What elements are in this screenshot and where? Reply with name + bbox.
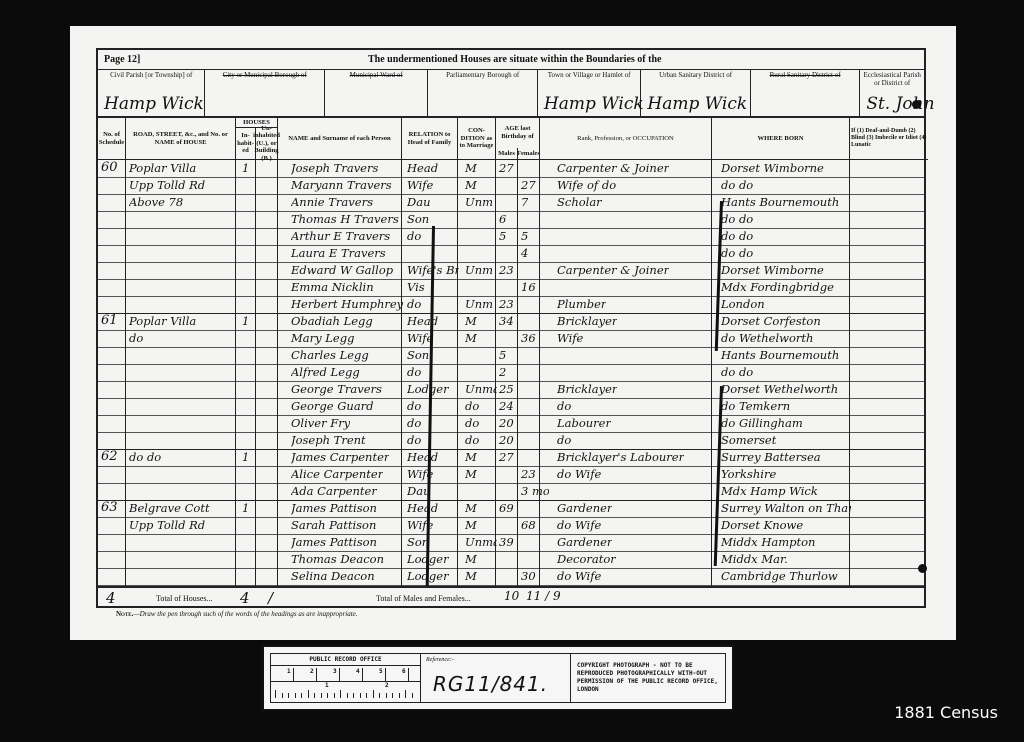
cell-born: do do	[721, 177, 753, 193]
cell-relation: do	[407, 432, 421, 448]
cell-occupation: Labourer	[557, 415, 611, 431]
boundary-label: Municipal Ward of	[328, 72, 425, 80]
cell-born: Dorset Wimborne	[721, 262, 824, 278]
header-uninhabited: Un-inhabited (U.), or Building (B.)	[256, 128, 278, 160]
boundary-label: Civil Parish [or Township] of	[101, 72, 201, 80]
inhabited-total: 4	[240, 589, 250, 607]
cell-occupation: do Wife	[557, 466, 601, 482]
cell-name: James Pattison	[291, 534, 377, 550]
census-form: Page 12] The undermentioned Houses are s…	[96, 48, 926, 608]
ruler-tick	[360, 693, 361, 698]
boundary-2: Municipal Ward of	[325, 70, 429, 116]
uninhabited-total: /	[268, 589, 273, 607]
cell-born: do Gillingham	[721, 415, 803, 431]
cell-born: do Temkern	[721, 398, 790, 414]
cell-born: Dorset Knowe	[721, 517, 803, 533]
ruler-tick	[321, 693, 322, 698]
cell-born: do do	[721, 245, 753, 261]
cell-relation: do	[407, 398, 421, 414]
females-total: 11 / 9	[526, 589, 561, 603]
scale-number: 6	[402, 668, 409, 682]
cell-male-age: 20	[499, 432, 514, 448]
cell-condition: do	[465, 398, 479, 414]
cell-male-age: 20	[499, 415, 514, 431]
scale-number: 4	[356, 668, 363, 682]
cell-relation: do	[407, 415, 421, 431]
ruler-tick	[405, 690, 406, 698]
cell-relation: Son	[407, 347, 429, 363]
cell-female-age: 27	[521, 177, 536, 193]
reference-box: Reference:- RG11/841.	[421, 654, 571, 702]
cell-condition: M	[465, 160, 477, 176]
cell-road: Belgrave Cott	[129, 500, 210, 516]
scale-number: 3	[333, 668, 340, 682]
boundary-0: Civil Parish [or Township] ofHamp Wick	[98, 70, 205, 116]
page-number: Page 12]	[104, 54, 140, 65]
cell-condition: do	[465, 415, 479, 431]
cell-relation: Lodger	[407, 381, 449, 397]
cell-male-age: 25	[499, 381, 514, 397]
scale-bar: 123456	[271, 666, 420, 682]
census-page: Page 12] The undermentioned Houses are s…	[70, 26, 956, 640]
cell-male-age: 24	[499, 398, 514, 414]
cell-name: Charles Legg	[291, 347, 369, 363]
cell-born: do do	[721, 364, 753, 380]
cell-born: Dorset Wimborne	[721, 160, 824, 176]
cell-occupation: Carpenter & Joiner	[557, 160, 669, 176]
reference-label: Reference:-	[426, 657, 454, 663]
cell-occupation: Bricklayer	[557, 313, 617, 329]
cell-female-age: 7	[521, 194, 528, 210]
cell-female-age: 36	[521, 330, 536, 346]
ruler-tick	[373, 690, 374, 698]
cell-born: Hants Bournemouth	[721, 194, 839, 210]
boundary-label: Town or Village or Hamlet of	[541, 72, 638, 80]
ruler-number: 1	[325, 682, 329, 689]
cell-name: James Pattison	[291, 500, 377, 516]
cell-name: Thomas Deacon	[291, 551, 384, 567]
header-age: AGE last Birthday of	[496, 118, 540, 148]
cell-name: Ada Carpenter	[291, 483, 377, 499]
cell-occupation: Decorator	[557, 551, 616, 567]
cell-male-age: 69	[499, 500, 514, 516]
cell-inhabited: 1	[242, 313, 249, 329]
record-office-box: PUBLIC RECORD OFFICE 123456 12	[271, 654, 421, 702]
ruler-tick	[347, 693, 348, 698]
archive-reference-tab: PUBLIC RECORD OFFICE 123456 12 Reference…	[262, 645, 734, 711]
cell-born: Somerset	[721, 432, 776, 448]
ruler-tick	[340, 690, 341, 698]
binding-hole	[918, 564, 927, 573]
cell-name: Sarah Pattison	[291, 517, 376, 533]
ruler-tick	[295, 693, 296, 698]
cell-occupation: do	[557, 398, 571, 414]
cell-name: Edward W Gallop	[291, 262, 393, 278]
boundary-value: St. John	[866, 94, 934, 114]
cell-road: Poplar Villa	[129, 160, 196, 176]
cell-born: Yorkshire	[721, 466, 776, 482]
cell-relation: Head	[407, 449, 438, 465]
cell-occupation: Carpenter & Joiner	[557, 262, 669, 278]
ruler-number: 2	[385, 682, 389, 689]
cell-relation: Wife	[407, 517, 433, 533]
cell-road: Upp Tolld Rd	[129, 177, 205, 193]
cell-female-age: 68	[521, 517, 536, 533]
ruler-tick	[314, 693, 315, 698]
boundary-value: Hamp Wick	[647, 94, 747, 114]
cell-name: Alfred Legg	[291, 364, 360, 380]
cell-relation: do	[407, 364, 421, 380]
cell-occupation: do	[557, 432, 571, 448]
cell-occupation: Scholar	[557, 194, 602, 210]
ruler-tick	[392, 693, 393, 698]
cell-road: Upp Tolld Rd	[129, 517, 205, 533]
cell-female-age: 4	[521, 245, 528, 261]
cell-occupation: do Wife	[557, 517, 601, 533]
cell-male-age: 5	[499, 228, 506, 244]
schedule-tally: 4	[106, 589, 116, 607]
header-condition: CON-DITION as to Marriage	[458, 118, 496, 160]
cell-relation: Wife	[407, 177, 433, 193]
cell-inhabited: 1	[242, 160, 249, 176]
ruler-tick	[334, 693, 335, 698]
cell-road: Above 78	[129, 194, 183, 210]
cell-born: Surrey Battersea	[721, 449, 821, 465]
cell-born: Surrey Walton on Thames	[721, 500, 851, 516]
cell-condition: M	[465, 177, 477, 193]
header-schedule: No. of Schedule	[98, 118, 126, 160]
cell-condition: Unm	[465, 296, 493, 312]
cell-inhabited: 1	[242, 500, 249, 516]
census-table: No. of ScheduleROAD, STREET, &c., and No…	[98, 118, 924, 586]
cell-relation: Head	[407, 313, 438, 329]
cell-relation: do	[407, 296, 421, 312]
cell-name: Emma Nicklin	[291, 279, 374, 295]
cell-relation: Head	[407, 160, 438, 176]
cell-name: Laura E Travers	[291, 245, 386, 261]
cell-name: Maryann Travers	[291, 177, 392, 193]
scale-number: 2	[310, 668, 317, 682]
header-name: NAME and Surname of each Person	[278, 118, 402, 160]
ruler-tick	[399, 693, 400, 698]
cell-born: do do	[721, 228, 753, 244]
cell-born: Middx Hampton	[721, 534, 815, 550]
boundary-label: City or Municipal Borough of	[208, 72, 320, 80]
column-infirmity	[850, 160, 928, 586]
ruler-tick	[327, 693, 328, 698]
cell-condition: M	[465, 330, 477, 346]
cell-condition: M	[465, 517, 477, 533]
ruler-tick	[288, 693, 289, 698]
ruler-tick	[282, 693, 283, 698]
ruler-tick	[386, 693, 387, 698]
cell-born: Cambridge Thurlow	[721, 568, 838, 584]
cell-born: London	[721, 296, 765, 312]
cell-condition: M	[465, 466, 477, 482]
cell-name: James Carpenter	[291, 449, 389, 465]
cell-name: Thomas H Travers	[291, 211, 399, 227]
ruler-tick	[366, 693, 367, 698]
cell-inhabited: 1	[242, 449, 249, 465]
header-relation: RELATION to Head of Family	[402, 118, 458, 160]
cell-male-age: 34	[499, 313, 514, 329]
cell-born: Mdx Fordingbridge	[721, 279, 834, 295]
cell-occupation: Gardener	[557, 534, 612, 550]
totals-row: 4 Total of Houses... 4 / Total of Males …	[98, 586, 924, 608]
boundary-7: Ecclesiastical Parish or District ofSt. …	[860, 70, 924, 116]
header-males: Males	[496, 148, 518, 160]
cell-condition: Unm	[465, 194, 493, 210]
houses-total-label: Total of Houses...	[156, 594, 213, 603]
cell-name: Annie Travers	[291, 194, 373, 210]
boundary-6: Rural Sanitary District of	[751, 70, 860, 116]
boundary-label: Rural Sanitary District of	[754, 72, 856, 80]
cell-name: Mary Legg	[291, 330, 354, 346]
cell-female-age: 3 months	[521, 483, 549, 499]
note-text: —Draw the pen through such of the words …	[133, 610, 357, 618]
column-condition	[458, 160, 496, 586]
cell-condition: M	[465, 313, 477, 329]
cell-born: Dorset Wethelworth	[721, 381, 838, 397]
cell-schedule: 62	[101, 449, 118, 465]
record-office-title: PUBLIC RECORD OFFICE	[271, 654, 420, 666]
ruler-tick	[301, 693, 302, 698]
cell-name: Oliver Fry	[291, 415, 350, 431]
boundary-4: Town or Village or Hamlet ofHamp Wick	[538, 70, 642, 116]
cell-relation: Vis	[407, 279, 425, 295]
cell-relation: Son	[407, 211, 429, 227]
cell-condition: M	[465, 568, 477, 584]
cell-relation: do	[407, 228, 421, 244]
cell-road: do	[129, 330, 143, 346]
cell-road: do do	[129, 449, 161, 465]
cell-male-age: 5	[499, 347, 506, 363]
cell-relation: Dau	[407, 194, 430, 210]
cell-occupation: Gardener	[557, 500, 612, 516]
cell-occupation: do Wife	[557, 568, 601, 584]
cell-name: George Guard	[291, 398, 374, 414]
cell-name: Herbert Humphrey	[291, 296, 403, 312]
column-uninhabited	[256, 160, 278, 586]
reference-number: RG11/841.	[433, 672, 548, 696]
column-schedule	[98, 160, 126, 586]
form-note: Note.—Draw the pen through such of the w…	[116, 610, 358, 618]
scale-number: 1	[287, 668, 294, 682]
cell-relation: Head	[407, 500, 438, 516]
header-born: WHERE BORN	[712, 118, 850, 160]
cell-male-age: 27	[499, 160, 514, 176]
cell-born: Hants Bournemouth	[721, 347, 839, 363]
cell-female-age: 16	[521, 279, 536, 295]
cell-born: do Wethelworth	[721, 330, 813, 346]
column-inhabited	[236, 160, 256, 586]
cell-name: Alice Carpenter	[291, 466, 383, 482]
cell-male-age: 27	[499, 449, 514, 465]
boundary-value: Hamp Wick	[104, 94, 204, 114]
cell-female-age: 30	[521, 568, 536, 584]
copyright-notice: COPYRIGHT PHOTOGRAPH - NOT TO BE REPRODU…	[571, 654, 725, 702]
header-occupation: Rank, Profession, or OCCUPATION	[540, 118, 712, 160]
cell-male-age: 39	[499, 534, 514, 550]
cell-male-age: 23	[499, 262, 514, 278]
ruler-tick	[353, 693, 354, 698]
header-houses: HOUSES	[236, 118, 278, 128]
cell-schedule: 60	[101, 160, 118, 176]
image-caption: 1881 Census	[894, 703, 998, 722]
cell-name: Joseph Travers	[291, 160, 378, 176]
boundary-1: City or Municipal Borough of	[205, 70, 324, 116]
cell-male-age: 23	[499, 296, 514, 312]
cell-schedule: 63	[101, 500, 118, 516]
cell-born: Mdx Hamp Wick	[721, 483, 818, 499]
cell-name: George Travers	[291, 381, 382, 397]
note-prefix: Note.	[116, 610, 133, 618]
cell-name: Arthur E Travers	[291, 228, 390, 244]
boundary-5: Urban Sanitary District ofHamp Wick	[641, 70, 750, 116]
ruler-tick	[275, 690, 276, 698]
cell-schedule: 61	[101, 313, 118, 329]
cell-male-age: 2	[499, 364, 506, 380]
cell-condition: Unmar	[465, 381, 497, 397]
cell-female-age: 23	[521, 466, 536, 482]
cell-born: Middx Mar.	[721, 551, 788, 567]
cell-condition: M	[465, 551, 477, 567]
boundary-value: Hamp Wick	[544, 94, 644, 114]
cell-occupation: Bricklayer	[557, 381, 617, 397]
cell-female-age: 5	[521, 228, 528, 244]
ruler-tick	[412, 693, 413, 698]
persons-total-label: Total of Males and Females...	[376, 594, 471, 603]
cell-condition: M	[465, 500, 477, 516]
cell-occupation: Wife of do	[557, 177, 616, 193]
cell-born: Dorset Corfeston	[721, 313, 821, 329]
boundary-label: Ecclesiastical Parish or District of	[863, 72, 921, 87]
ruler: 12	[271, 682, 420, 698]
cell-condition: do	[465, 432, 479, 448]
form-title-bar: Page 12] The undermentioned Houses are s…	[98, 50, 924, 70]
cell-occupation: Bricklayer's Labourer	[557, 449, 684, 465]
cell-condition: Unm	[465, 262, 493, 278]
cell-occupation: Wife	[557, 330, 583, 346]
cell-male-age: 6	[499, 211, 506, 227]
males-total: 10	[504, 589, 519, 603]
cell-name: Obadiah Legg	[291, 313, 373, 329]
header-infirmity: If (1) Deaf-and-Dumb (2) Blind (3) Imbec…	[850, 118, 928, 160]
cell-name: Selina Deacon	[291, 568, 375, 584]
cell-born: do do	[721, 211, 753, 227]
ruler-tick	[308, 690, 309, 698]
cell-occupation: Plumber	[557, 296, 606, 312]
cell-condition: M	[465, 449, 477, 465]
boundaries-row: Civil Parish [or Township] ofHamp WickCi…	[98, 70, 924, 118]
header-females: Females	[518, 148, 540, 160]
header-road: ROAD, STREET, &c., and No. or NAME of HO…	[126, 118, 236, 160]
ruler-tick	[379, 693, 380, 698]
boundary-label: Urban Sanitary District of	[644, 72, 746, 80]
cell-name: Joseph Trent	[291, 432, 366, 448]
cell-condition: Unmar	[465, 534, 497, 550]
boundary-label: Parliamentary Borough of	[431, 72, 533, 80]
boundaries-banner: The undermentioned Houses are situate wi…	[368, 54, 661, 65]
boundary-3: Parliamentary Borough of	[428, 70, 537, 116]
scale-number: 5	[379, 668, 386, 682]
cell-road: Poplar Villa	[129, 313, 196, 329]
binding-hole	[912, 100, 921, 109]
